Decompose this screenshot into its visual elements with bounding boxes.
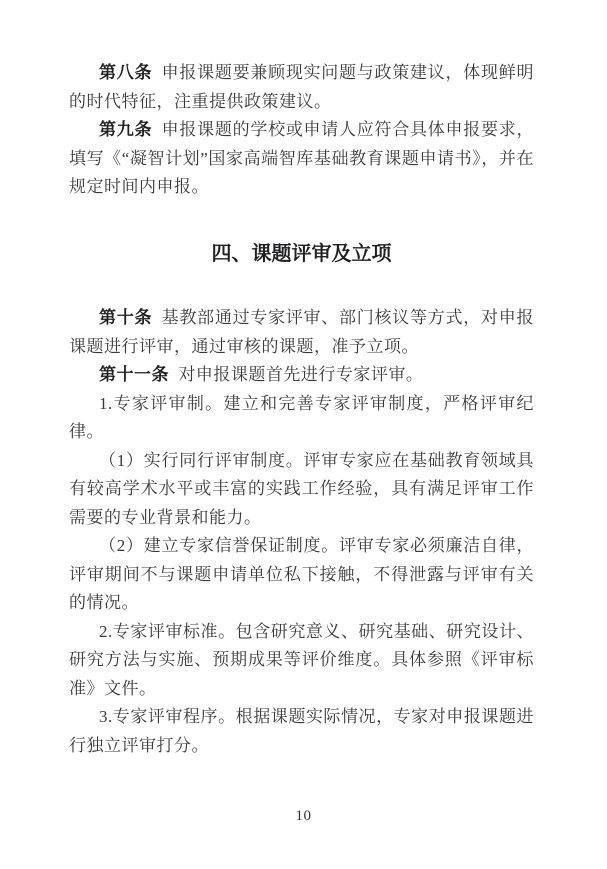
section-heading: 四、课题评审及立项: [69, 240, 534, 269]
paragraph: 2.专家评审标准。包含研究意义、研究基础、研究设计、研究方法与实施、预期成果等评…: [69, 618, 534, 704]
paragraph: （1）实行同行评审制度。评审专家应在基础教育领域具有较高学术水平或丰富的实践工作…: [69, 447, 534, 533]
article-number: 第十一条: [99, 365, 169, 384]
paragraph: 第十一条对申报课题首先进行专家评审。: [69, 361, 534, 390]
paragraph-text: （2）建立专家信誉保证制度。评审专家必须廉洁自律，评审期间不与课题申请单位私下接…: [69, 536, 534, 612]
article-number: 第十条: [99, 308, 152, 327]
article-number: 第九条: [99, 120, 152, 139]
paragraph: 3.专家评审程序。根据课题实际情况，专家对申报课题进行独立评审打分。: [69, 703, 534, 760]
paragraph: 第十条基教部通过专家评审、部门核议等方式，对申报课题进行评审，通过审核的课题，准…: [69, 304, 534, 361]
paragraph: （2）建立专家信誉保证制度。评审专家必须廉洁自律，评审期间不与课题申请单位私下接…: [69, 532, 534, 618]
page-number: 10: [296, 808, 312, 824]
paragraph-text: 对申报课题首先进行专家评审。: [178, 365, 423, 384]
paragraph-text: 1.专家评审制。建立和完善专家评审制度，严格评审纪律。: [69, 394, 534, 442]
document-body: 第八条申报课题要兼顾现实问题与政策建议，体现鲜明的时代特征，注重提供政策建议。 …: [69, 0, 534, 760]
document-page: 第八条申报课题要兼顾现实问题与政策建议，体现鲜明的时代特征，注重提供政策建议。 …: [0, 0, 607, 869]
article-number: 第八条: [99, 63, 152, 82]
paragraph: 第八条申报课题要兼顾现实问题与政策建议，体现鲜明的时代特征，注重提供政策建议。: [69, 59, 534, 116]
paragraph-text: 3.专家评审程序。根据课题实际情况，专家对申报课题进行独立评审打分。: [69, 707, 534, 755]
paragraph: 1.专家评审制。建立和完善专家评审制度，严格评审纪律。: [69, 390, 534, 447]
paragraph: 第九条申报课题的学校或申请人应符合具体申报要求，填写《“凝智计划”国家高端智库基…: [69, 116, 534, 202]
page-footer: 10: [0, 808, 607, 825]
paragraph-text: （1）实行同行评审制度。评审专家应在基础教育领域具有较高学术水平或丰富的实践工作…: [69, 451, 534, 527]
paragraph-text: 2.专家评审标准。包含研究意义、研究基础、研究设计、研究方法与实施、预期成果等评…: [69, 622, 534, 698]
